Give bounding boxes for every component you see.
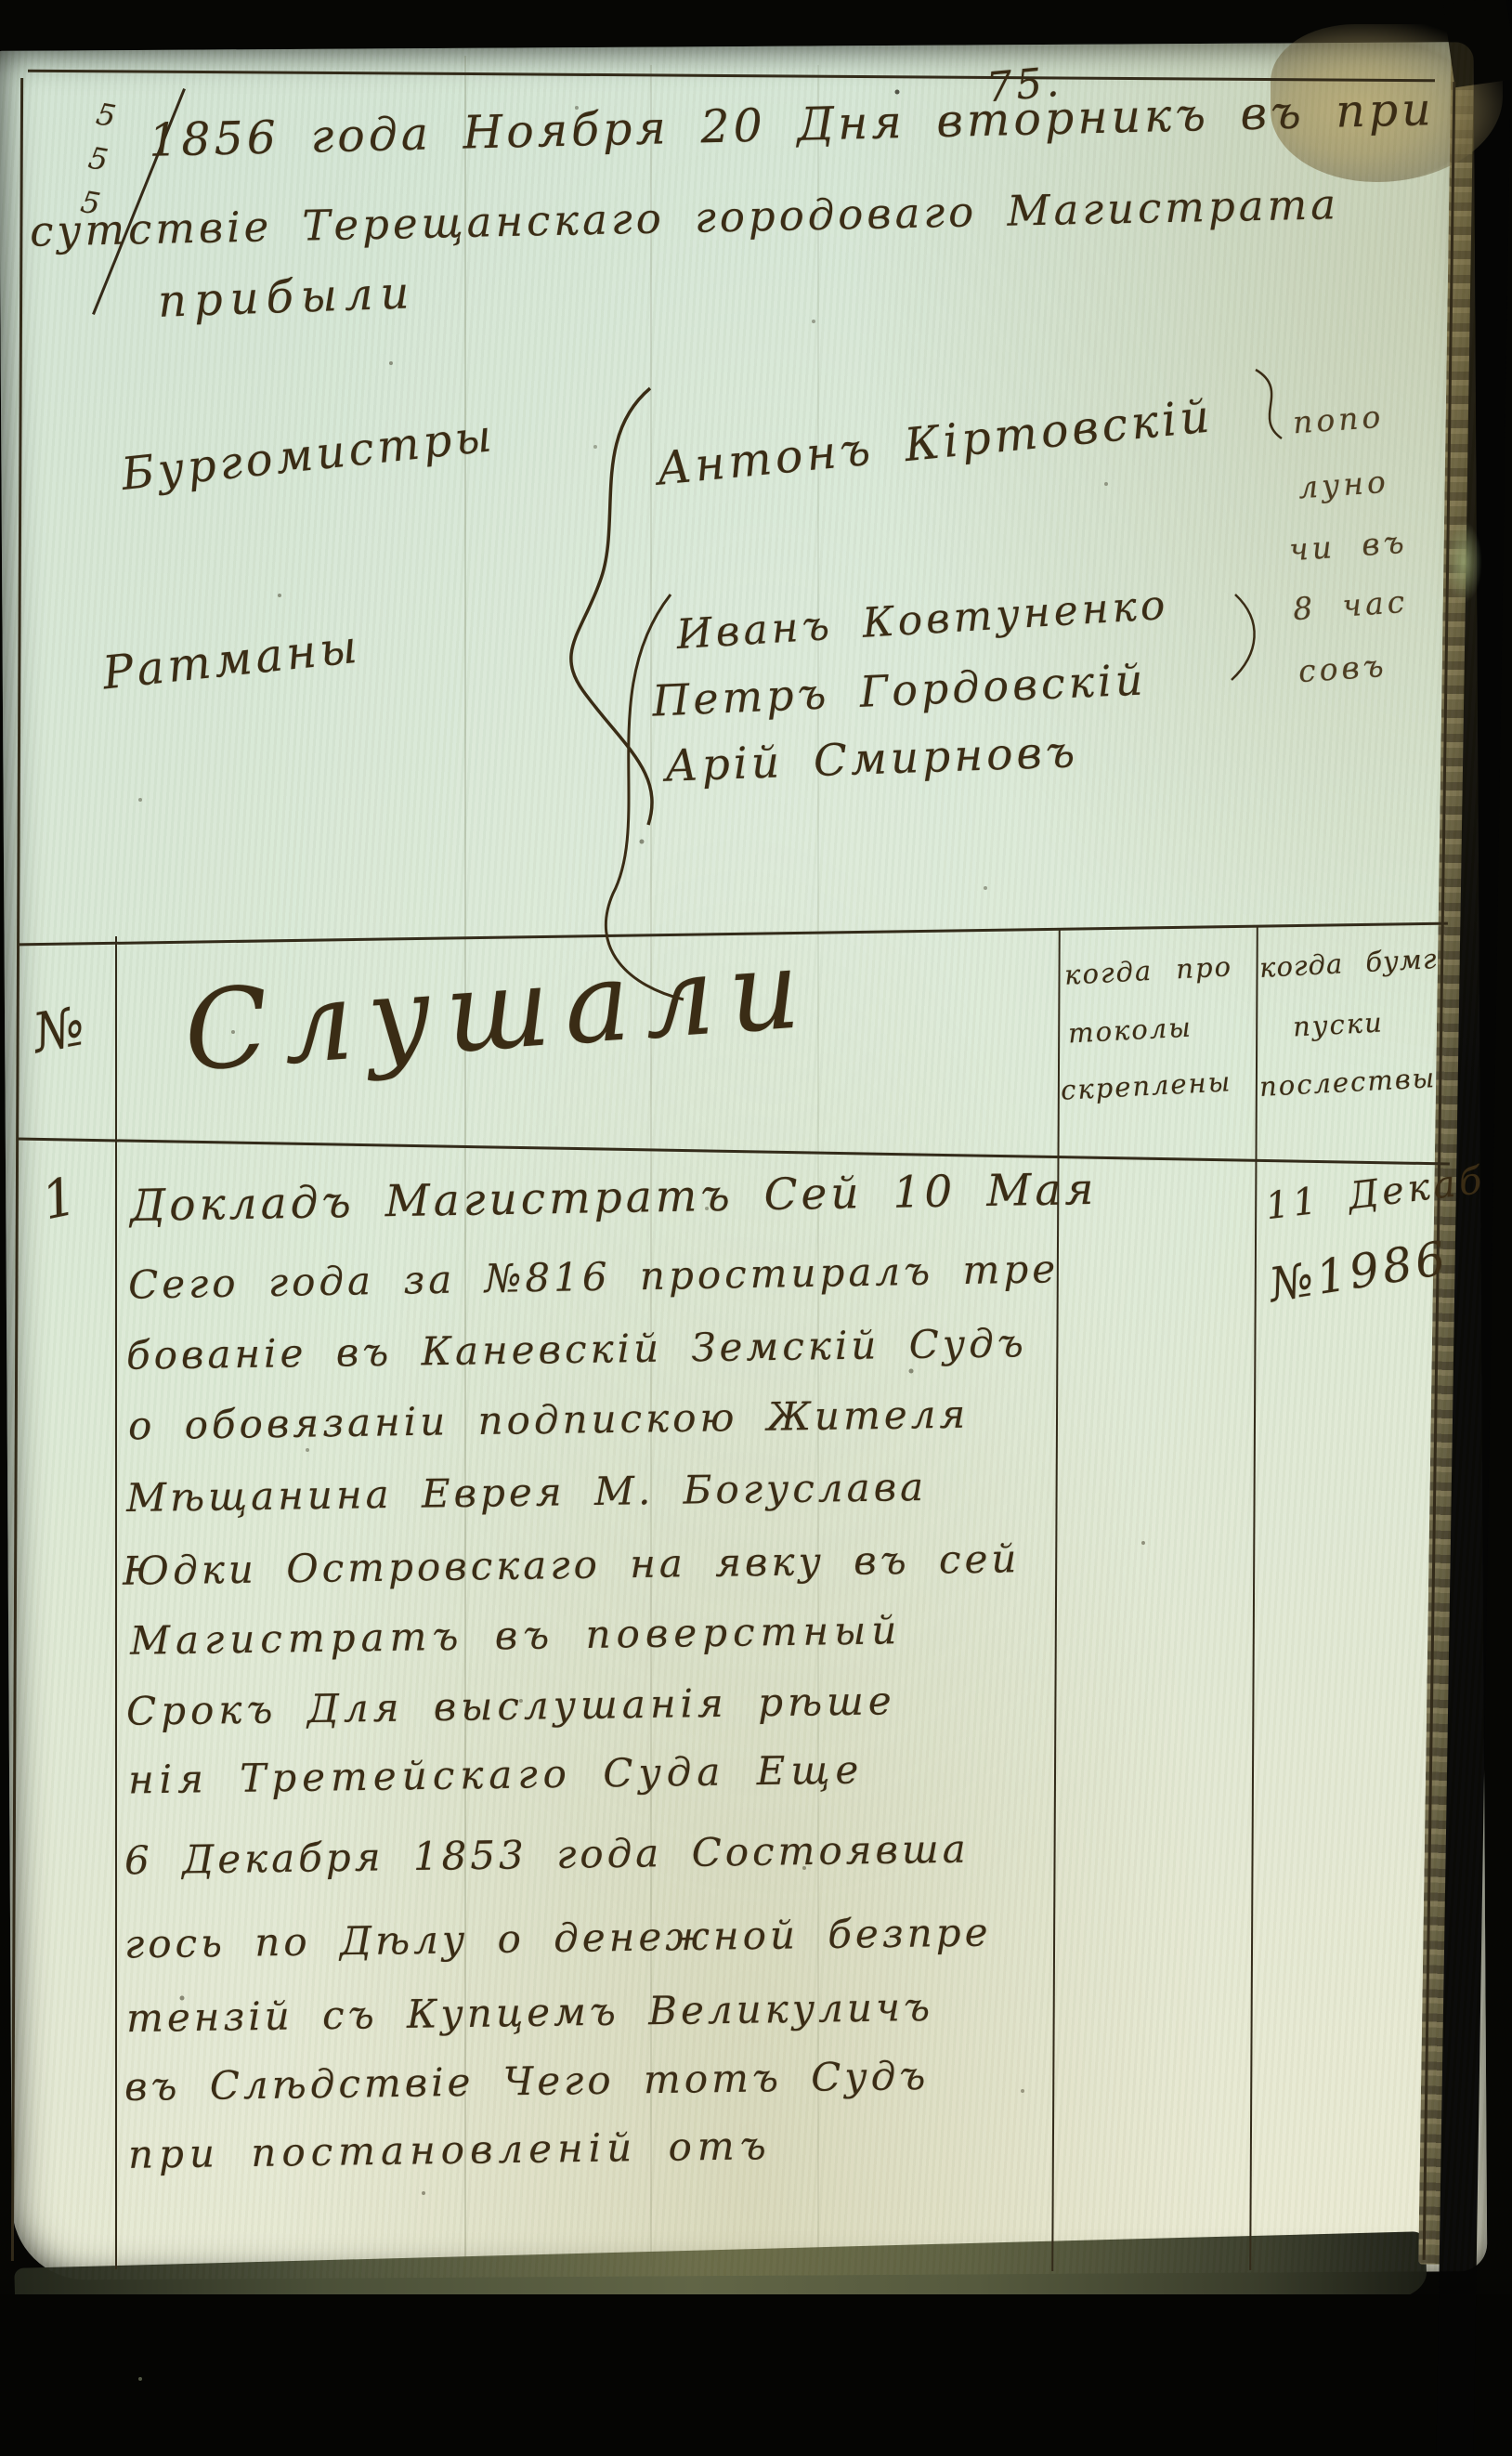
scan-background-bottom (0, 2294, 1512, 2456)
scanned-manuscript: 555 75. 1856 года Ноября 20 Дня вторникъ… (0, 0, 1512, 2456)
margin-note-line-2: луно (1297, 464, 1390, 506)
col-divider-1 (115, 936, 117, 2269)
margin-note-line-1: попо (1292, 398, 1386, 441)
margin-note-line-5: совъ (1297, 647, 1388, 690)
col3-header-line-2: токолы (1067, 1012, 1193, 1050)
table-col-number-header: № (29, 993, 94, 1065)
col4-header-line-2: пуски (1292, 1006, 1384, 1042)
entry-body-line-14: при постановленій отъ (128, 2123, 772, 2177)
